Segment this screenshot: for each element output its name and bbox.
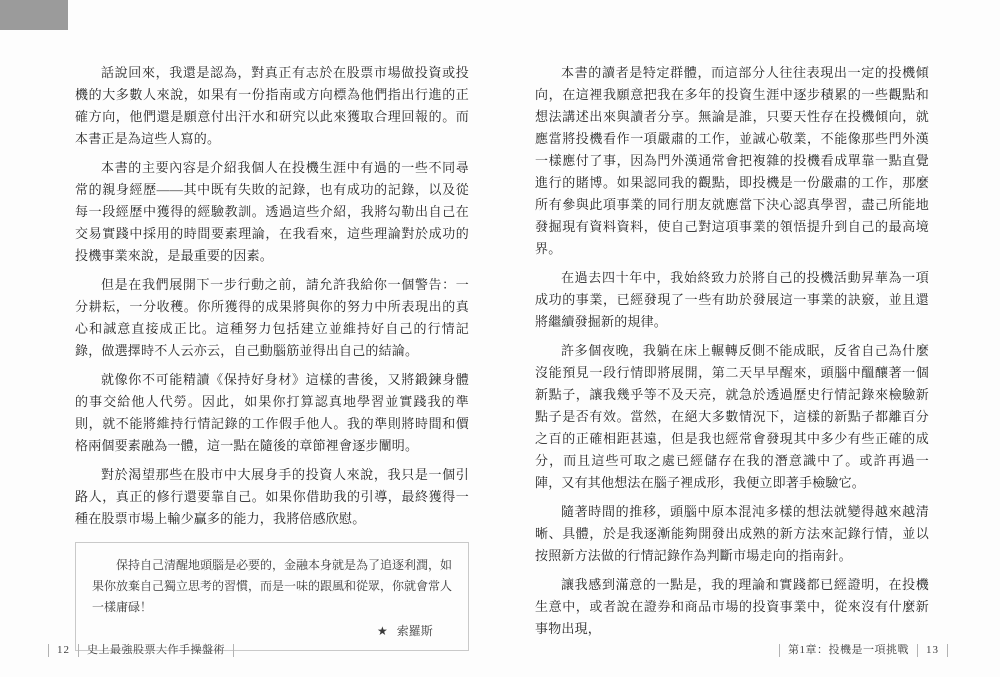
footer-divider (779, 644, 780, 657)
page-left-footer: 12 史上最強股票大作手操盤術 (48, 643, 242, 658)
right-paragraph-1: 本書的讀者是特定群體，而這部分人往往表現出一定的投機傾向，在這裡我願意把我在多年… (535, 62, 929, 260)
quote-author: 索羅斯 (397, 624, 433, 638)
quote-attribution: ★ 索羅斯 (92, 622, 452, 640)
right-paragraph-5: 讓我感到滿意的一點是，我的理論和實踐都已經證明，在投機生意中，或者說在證券和商品… (535, 574, 929, 640)
corner-gray-block (0, 0, 68, 30)
chapter-title: 第1章：投機是一項挑戰 (788, 643, 909, 658)
left-paragraph-1: 話說回來，我還是認為，對真正有志於在股票市場做投資或投機的大多數人來說，如果有一… (75, 62, 469, 150)
left-paragraph-4: 就像你不可能精讀《保持好身材》這樣的書後，又將鍛鍊身體的事交給他人代勞。因此，如… (75, 369, 469, 457)
right-paragraph-3: 許多個夜晚，我躺在床上輾轉反側不能成眠，反省自己為什麼沒能預見一段行情即將展開，… (535, 340, 929, 494)
star-icon: ★ (377, 624, 388, 638)
footer-divider (48, 644, 49, 657)
page-number-right: 13 (926, 643, 939, 658)
left-paragraph-3: 但是在我們展開下一步行動之前，請允許我給你一個警告：一分耕耘，一分收穫。你所獲得… (75, 274, 469, 362)
footer-divider (947, 644, 948, 657)
quote-text: 保持自己清醒地頭腦是必要的，金融本身就是為了追逐利潤，如果你放棄自己獨立思考的習… (92, 555, 452, 618)
quote-box: 保持自己清醒地頭腦是必要的，金融本身就是為了追逐利潤，如果你放棄自己獨立思考的習… (75, 542, 469, 651)
left-paragraph-2: 本書的主要內容是介紹我個人在投機生涯中有過的一些不同尋常的親身經歷——其中既有失… (75, 157, 469, 267)
page-right: 本書的讀者是特定群體，而這部分人往往表現出一定的投機傾向，在這裡我願意把我在多年… (535, 62, 929, 647)
page-right-footer: 第1章：投機是一項挑戰 13 (779, 643, 956, 658)
right-paragraph-2: 在過去四十年中，我始終致力於將自己的投機活動昇華為一項成功的事業，已經發現了一些… (535, 267, 929, 333)
book-title: 史上最強股票大作手操盤術 (87, 643, 225, 658)
book-spread: 話說回來，我還是認為，對真正有志於在股票市場做投資或投機的大多數人來說，如果有一… (0, 0, 1000, 677)
page-number-left: 12 (57, 643, 70, 658)
left-paragraph-5: 對於渴望那些在股市中大展身手的投資人來說，我只是一個引路人，真正的修行還要靠自己… (75, 464, 469, 530)
footer-divider (917, 644, 918, 657)
footer-divider (78, 644, 79, 657)
right-paragraph-4: 隨著時間的推移，頭腦中原本混沌多樣的想法就變得越來越清晰、具體，於是我逐漸能夠開… (535, 501, 929, 567)
page-left: 話說回來，我還是認為，對真正有志於在股票市場做投資或投機的大多數人來說，如果有一… (75, 62, 469, 651)
footer-divider (233, 644, 234, 657)
